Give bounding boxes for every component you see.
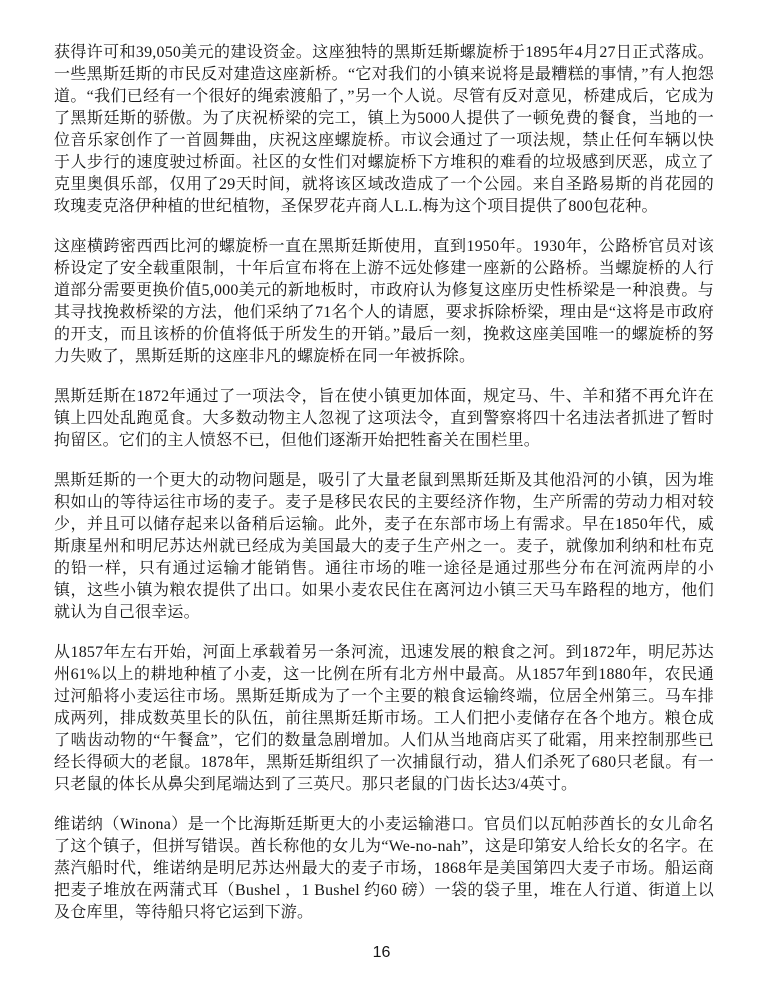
page-number: 16 (0, 944, 763, 962)
page-body: 获得许可和39,050美元的建设资金。这座独特的黑斯廷斯螺旋桥于1895年4月2… (54, 42, 714, 942)
paragraph-winona: 维诺纳（Winona）是一个比海斯廷斯更大的小麦运输港口。官员们以瓦帕莎酋长的女… (54, 814, 714, 924)
paragraph-wheat-and-rats: 黑斯廷斯的一个更大的动物问题是，吸引了大量老鼠到黑斯廷斯及其他沿河的小镇，因为堆… (54, 470, 714, 624)
paragraph-grain-river: 从1857年左右开始，河面上承载着另一条河流，迅速发展的粮食之河。到1872年，… (54, 642, 714, 796)
document-page: 获得许可和39,050美元的建设资金。这座独特的黑斯廷斯螺旋桥于1895年4月2… (0, 0, 763, 1000)
paragraph-spiral-bridge-opening: 获得许可和39,050美元的建设资金。这座独特的黑斯廷斯螺旋桥于1895年4月2… (54, 42, 714, 218)
paragraph-bridge-demolition: 这座横跨密西西比河的螺旋桥一直在黑斯廷斯使用，直到1950年。1930年，公路桥… (54, 236, 714, 368)
paragraph-livestock-ordinance: 黑斯廷斯在1872年通过了一项法令，旨在使小镇更加体面，规定马、牛、羊和猪不再允… (54, 386, 714, 452)
